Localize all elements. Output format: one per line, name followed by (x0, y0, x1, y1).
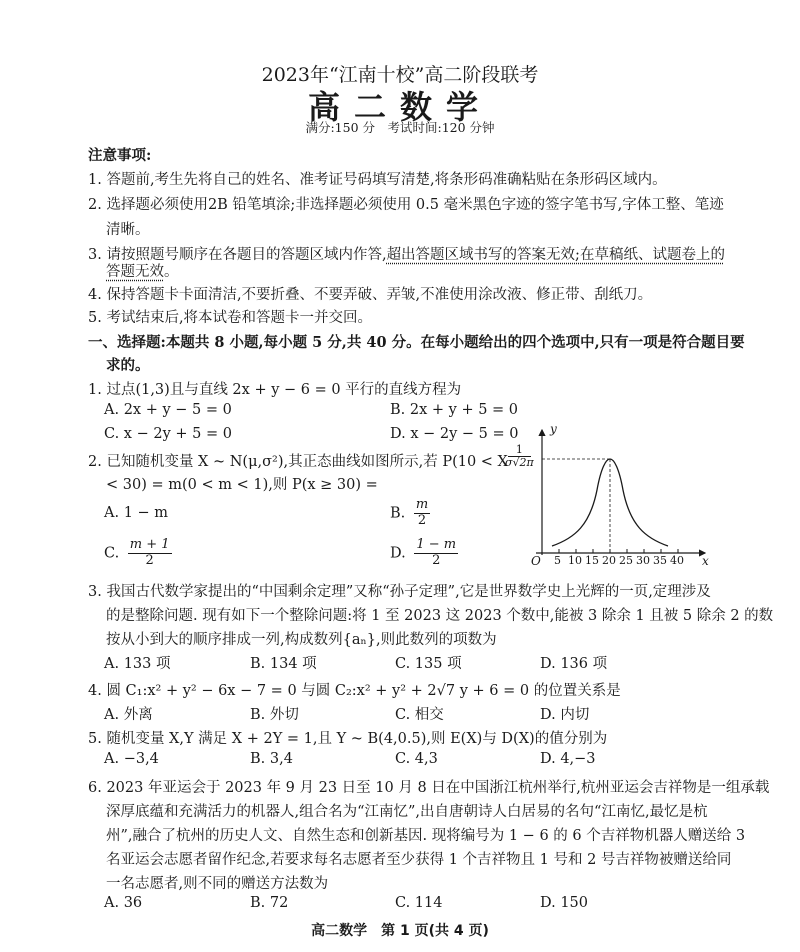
question-6-stem-cont: 州”,融合了杭州的历史人文、自然生态和创新基因. 现将编号为 1 − 6 的 6… (106, 824, 745, 845)
x-tick: 10 (568, 554, 582, 567)
q1-option-a: A. 2x + y − 5 = 0 (104, 402, 232, 418)
x-tick: 25 (619, 554, 633, 567)
question-2-stem-cont: < 30) = m(0 < m < 1),则 P(x ≥ 30) = (106, 473, 378, 494)
q6-option-d: D. 150 (540, 895, 588, 911)
notice-item-5: 5. 考试结束后,将本试卷和答题卡一并交回。 (88, 306, 372, 327)
q4-option-a: A. 外离 (104, 703, 153, 724)
notice-item-2: 2. 选择题必须使用2B 铅笔填涂;非选择题必须使用 0.5 毫米黑色字迹的签字… (88, 193, 724, 214)
q3-option-c: C. 135 项 (395, 652, 462, 673)
q5-option-a: A. −3,4 (104, 751, 159, 767)
question-6-stem-cont: 名亚运会志愿者留作纪念,若要求每名志愿者至少获得 1 个吉祥物且 1 号和 2 … (106, 848, 731, 869)
question-3-stem-cont: 按从小到大的顺序排成一列,构成数列{aₙ},则此数列的项数为 (106, 628, 497, 649)
q6-option-b: B. 72 (250, 895, 288, 911)
q4-option-d: D. 内切 (540, 703, 589, 724)
peak-label: 1 σ√2π (505, 444, 534, 469)
notice-item-4: 4. 保持答题卡卡面清洁,不要折叠、不要弄破、弄皱,不准使用涂改液、修正带、刮纸… (88, 283, 652, 304)
fraction: m + 12 (128, 538, 172, 569)
fraction: 1 − m2 (414, 538, 458, 569)
emphasis-text: 超出答题区域书写的答案无效;在草稿纸、试题卷上的 (387, 247, 725, 263)
question-2-stem: 2. 已知随机变量 X ~ N(μ,σ²),其正态曲线如图所示,若 P(10 <… (88, 450, 508, 471)
exam-meta: 满分:150 分 考试时间:120 分钟 (0, 118, 800, 136)
question-5-stem: 5. 随机变量 X,Y 满足 X + 2Y = 1,且 Y ~ B(4,0.5)… (88, 727, 607, 748)
q4-option-c: C. 相交 (395, 703, 444, 724)
question-6-stem-cont: 深厚底蕴和充满活力的机器人,组合名为“江南忆”,出自唐朝诗人白居易的名句“江南忆… (106, 800, 708, 821)
question-3-stem-cont: 的是整除问题. 现有如下一个整除问题:将 1 至 2023 这 2023 个数中… (106, 604, 773, 625)
x-tick: 30 (636, 554, 650, 567)
question-6-stem: 6. 2023 年亚运会于 2023 年 9 月 23 日至 10 月 8 日在… (88, 776, 769, 797)
notice-item-2-cont: 清晰。 (106, 218, 150, 239)
q3-option-b: B. 134 项 (250, 652, 317, 673)
q2-option-c: C. m + 12 (104, 538, 172, 569)
q1-option-c: C. x − 2y + 5 = 0 (104, 426, 232, 442)
q5-option-d: D. 4,−3 (540, 751, 596, 767)
q2-option-b: B. m2 (390, 498, 430, 529)
x-tick: 40 (670, 554, 684, 567)
fraction: m2 (414, 498, 430, 529)
notice-item-3: 3. 请按照题号顺序在各题目的答题区域内作答,超出答题区域书写的答案无效;在草稿… (88, 243, 725, 264)
notice-item-3-cont: 答题无效。 (106, 260, 179, 281)
notice-heading: 注意事项: (88, 144, 151, 165)
page-footer: 高二数学 第 1 页(共 4 页) (0, 920, 800, 940)
x-tick: 5 (554, 554, 561, 567)
question-1-stem: 1. 过点(1,3)且与直线 2x + y − 6 = 0 平行的直线方程为 (88, 378, 461, 399)
q4-option-b: B. 外切 (250, 703, 299, 724)
q5-option-b: B. 3,4 (250, 751, 293, 767)
q5-option-c: C. 4,3 (395, 751, 438, 767)
x-axis-label: x (702, 554, 709, 568)
y-axis-label: y (550, 422, 557, 436)
section-heading-cont: 求的。 (106, 354, 150, 375)
normal-curve-figure: y x O 1 σ√2π 5 10 15 20 25 30 35 40 (500, 420, 720, 570)
question-3-stem: 3. 我国古代数学家提出的“中国剩余定理”又称“孙子定理”,它是世界数学史上光辉… (88, 580, 711, 601)
q2-option-d: D. 1 − m2 (390, 538, 458, 569)
q6-option-c: C. 114 (395, 895, 442, 911)
q2-option-a: A. 1 − m (104, 505, 168, 521)
q6-option-a: A. 36 (104, 895, 142, 911)
section-heading: 一、选择题:本题共 8 小题,每小题 5 分,共 40 分。在每小题给出的四个选… (88, 331, 745, 352)
q3-option-d: D. 136 项 (540, 652, 607, 673)
q1-option-b: B. 2x + y + 5 = 0 (390, 402, 518, 418)
x-tick: 35 (653, 554, 667, 567)
q3-option-a: A. 133 项 (104, 652, 170, 673)
x-tick: 20 (602, 554, 616, 567)
x-tick: 15 (585, 554, 599, 567)
origin-label: O (531, 554, 541, 568)
notice-item-1: 1. 答题前,考生先将自己的姓名、准考证号码填写清楚,将条形码准确粘贴在条形码区… (88, 168, 667, 189)
question-6-stem-cont: 一名志愿者,则不同的赠送方法数为 (106, 872, 328, 893)
exam-page: 2023年“江南十校”高二阶段联考 高二数学 满分:150 分 考试时间:120… (0, 0, 800, 952)
question-4-stem: 4. 圆 C₁:x² + y² − 6x − 7 = 0 与圆 C₂:x² + … (88, 679, 621, 700)
